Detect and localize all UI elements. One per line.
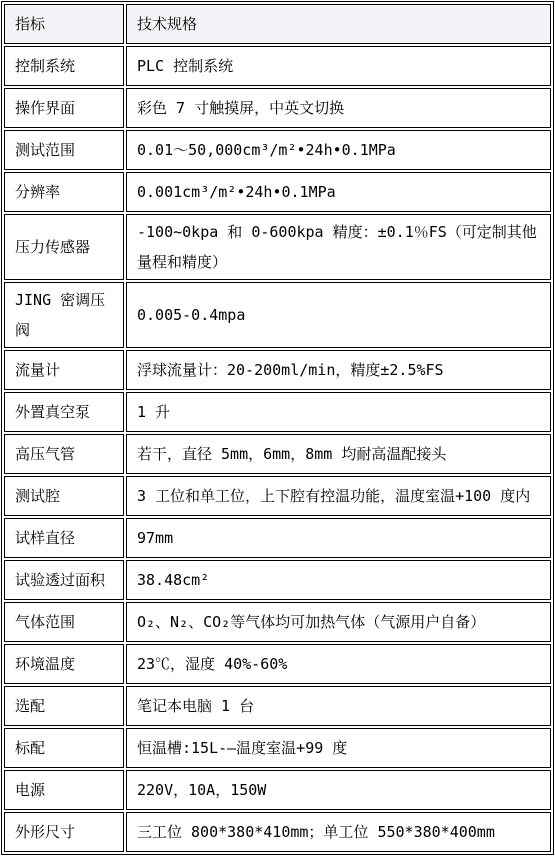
table-row: 控制系统 PLC 控制系统	[4, 46, 551, 86]
spec-label-cell: 流量计	[4, 350, 124, 390]
spec-value-cell: 38.48cm²	[126, 560, 551, 600]
spec-label-cell: 气体范围	[4, 602, 124, 642]
spec-label-cell: 测试腔	[4, 476, 124, 516]
spec-label-cell: 压力传感器	[4, 214, 124, 280]
spec-value-cell: PLC 控制系统	[126, 46, 551, 86]
table-row: 分辨率 0.001cm³/m²•24h•0.1MPa	[4, 172, 551, 212]
table-row: 电源 220V，10A，150W	[4, 770, 551, 810]
header-cell-spec: 技术规格	[126, 4, 551, 44]
spec-label-cell: 测试范围	[4, 130, 124, 170]
table-row: 测试腔 3 工位和单工位，上下腔有控温功能，温度室温+100 度内	[4, 476, 551, 516]
spec-value-cell: 0.001cm³/m²•24h•0.1MPa	[126, 172, 551, 212]
table-row: 流量计 浮球流量计：20-200ml/min，精度±2.5%FS	[4, 350, 551, 390]
table-row: 选配 笔记本电脑 1 台	[4, 686, 551, 726]
spec-value-cell: 恒温槽:15L-—温度室温+99 度	[126, 728, 551, 768]
spec-value-cell: 笔记本电脑 1 台	[126, 686, 551, 726]
spec-value-cell: 彩色 7 寸触摸屏，中英文切换	[126, 88, 551, 128]
table-row: 标配 恒温槽:15L-—温度室温+99 度	[4, 728, 551, 768]
spec-label-cell: 试验透过面积	[4, 560, 124, 600]
spec-value-cell: 0.01～50,000cm³/m²•24h•0.1MPa	[126, 130, 551, 170]
spec-value-cell: 0.005-0.4mpa	[126, 282, 551, 348]
spec-label-cell: 电源	[4, 770, 124, 810]
spec-label-cell: 选配	[4, 686, 124, 726]
spec-label-cell: 控制系统	[4, 46, 124, 86]
spec-label-cell: 环境温度	[4, 644, 124, 684]
table-row: 环境温度 23℃，湿度 40%-60%	[4, 644, 551, 684]
table-row: 试样直径 97mm	[4, 518, 551, 558]
spec-value-cell: 3 工位和单工位，上下腔有控温功能，温度室温+100 度内	[126, 476, 551, 516]
spec-value-cell: O₂、N₂、CO₂等气体均可加热气体（气源用户自备）	[126, 602, 551, 642]
spec-value-cell: 若干，直径 5mm，6mm，8mm 均耐高温配接头	[126, 434, 551, 474]
table-header-row: 指标 技术规格	[4, 4, 551, 44]
spec-value-cell: -100~0kpa 和 0-600kpa 精度：±0.1％FS（可定制其他量程和…	[126, 214, 551, 280]
spec-value-cell: 220V，10A，150W	[126, 770, 551, 810]
spec-label-cell: 标配	[4, 728, 124, 768]
table-row: 外形尺寸 三工位 800*380*410mm；单工位 550*380*400mm	[4, 812, 551, 852]
spec-label-cell: 高压气管	[4, 434, 124, 474]
spec-value-cell: 23℃，湿度 40%-60%	[126, 644, 551, 684]
spec-value-cell: 1 升	[126, 392, 551, 432]
table-row: 气体范围 O₂、N₂、CO₂等气体均可加热气体（气源用户自备）	[4, 602, 551, 642]
spec-label-cell: 外置真空泵	[4, 392, 124, 432]
spec-label-cell: 分辨率	[4, 172, 124, 212]
table-row: 压力传感器 -100~0kpa 和 0-600kpa 精度：±0.1％FS（可定…	[4, 214, 551, 280]
spec-table: 指标 技术规格 控制系统 PLC 控制系统 操作界面 彩色 7 寸触摸屏，中英文…	[1, 1, 554, 855]
table-row: 高压气管 若干，直径 5mm，6mm，8mm 均耐高温配接头	[4, 434, 551, 474]
spec-table-body: 指标 技术规格 控制系统 PLC 控制系统 操作界面 彩色 7 寸触摸屏，中英文…	[4, 4, 551, 852]
spec-label-cell: 操作界面	[4, 88, 124, 128]
spec-label-cell: 外形尺寸	[4, 812, 124, 852]
table-row: 外置真空泵 1 升	[4, 392, 551, 432]
table-row: 试验透过面积 38.48cm²	[4, 560, 551, 600]
header-cell-indicator: 指标	[4, 4, 124, 44]
table-row: JING 密调压阀 0.005-0.4mpa	[4, 282, 551, 348]
spec-label-cell: 试样直径	[4, 518, 124, 558]
spec-value-cell: 97mm	[126, 518, 551, 558]
table-row: 测试范围 0.01～50,000cm³/m²•24h•0.1MPa	[4, 130, 551, 170]
table-row: 操作界面 彩色 7 寸触摸屏，中英文切换	[4, 88, 551, 128]
spec-value-cell: 三工位 800*380*410mm；单工位 550*380*400mm	[126, 812, 551, 852]
spec-value-cell: 浮球流量计：20-200ml/min，精度±2.5%FS	[126, 350, 551, 390]
spec-label-cell: JING 密调压阀	[4, 282, 124, 348]
